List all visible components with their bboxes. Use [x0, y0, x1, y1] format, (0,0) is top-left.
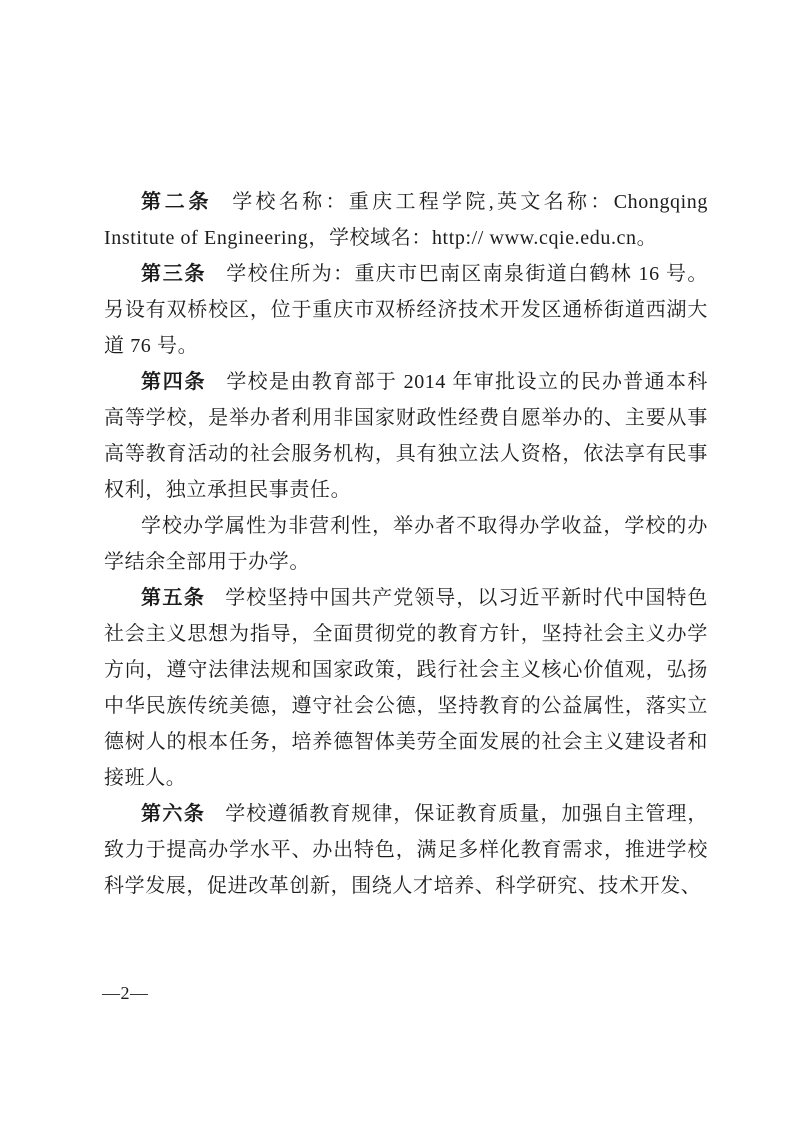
- article-4-paragraph: 第四条学校是由教育部于 2014 年审批设立的民办普通本科高等学校，是举办者利用…: [104, 364, 708, 508]
- article-4-number: 第四条: [141, 371, 206, 393]
- article-5-paragraph: 第五条学校坚持中国共产党领导，以习近平新时代中国特色社会主义思想为指导，全面贯彻…: [104, 580, 708, 796]
- article-5-text: 学校坚持中国共产党领导，以习近平新时代中国特色社会主义思想为指导，全面贯彻党的教…: [104, 587, 708, 789]
- document-body: 第二条学校名称：重庆工程学院,英文名称：Chongqing Institute …: [104, 184, 708, 904]
- article-3-paragraph: 第三条学校住所为：重庆市巴南区南泉街道白鹤林 16 号。另设有双桥校区，位于重庆…: [104, 256, 708, 364]
- article-2-number: 第二条: [141, 191, 212, 213]
- article-4-continuation-text: 学校办学属性为非营利性，举办者不取得办学收益，学校的办学结余全部用于办学。: [104, 515, 708, 573]
- article-3-number: 第三条: [141, 263, 206, 285]
- article-4-continuation-paragraph: 学校办学属性为非营利性，举办者不取得办学收益，学校的办学结余全部用于办学。: [104, 508, 708, 580]
- page-number: —2—: [102, 982, 149, 1004]
- article-6-number: 第六条: [141, 803, 205, 825]
- article-2-paragraph: 第二条学校名称：重庆工程学院,英文名称：Chongqing Institute …: [104, 184, 708, 256]
- article-5-number: 第五条: [141, 587, 205, 609]
- document-page: 第二条学校名称：重庆工程学院,英文名称：Chongqing Institute …: [0, 0, 793, 1122]
- article-6-paragraph: 第六条学校遵循教育规律，保证教育质量，加强自主管理，致力于提高办学水平、办出特色…: [104, 796, 708, 904]
